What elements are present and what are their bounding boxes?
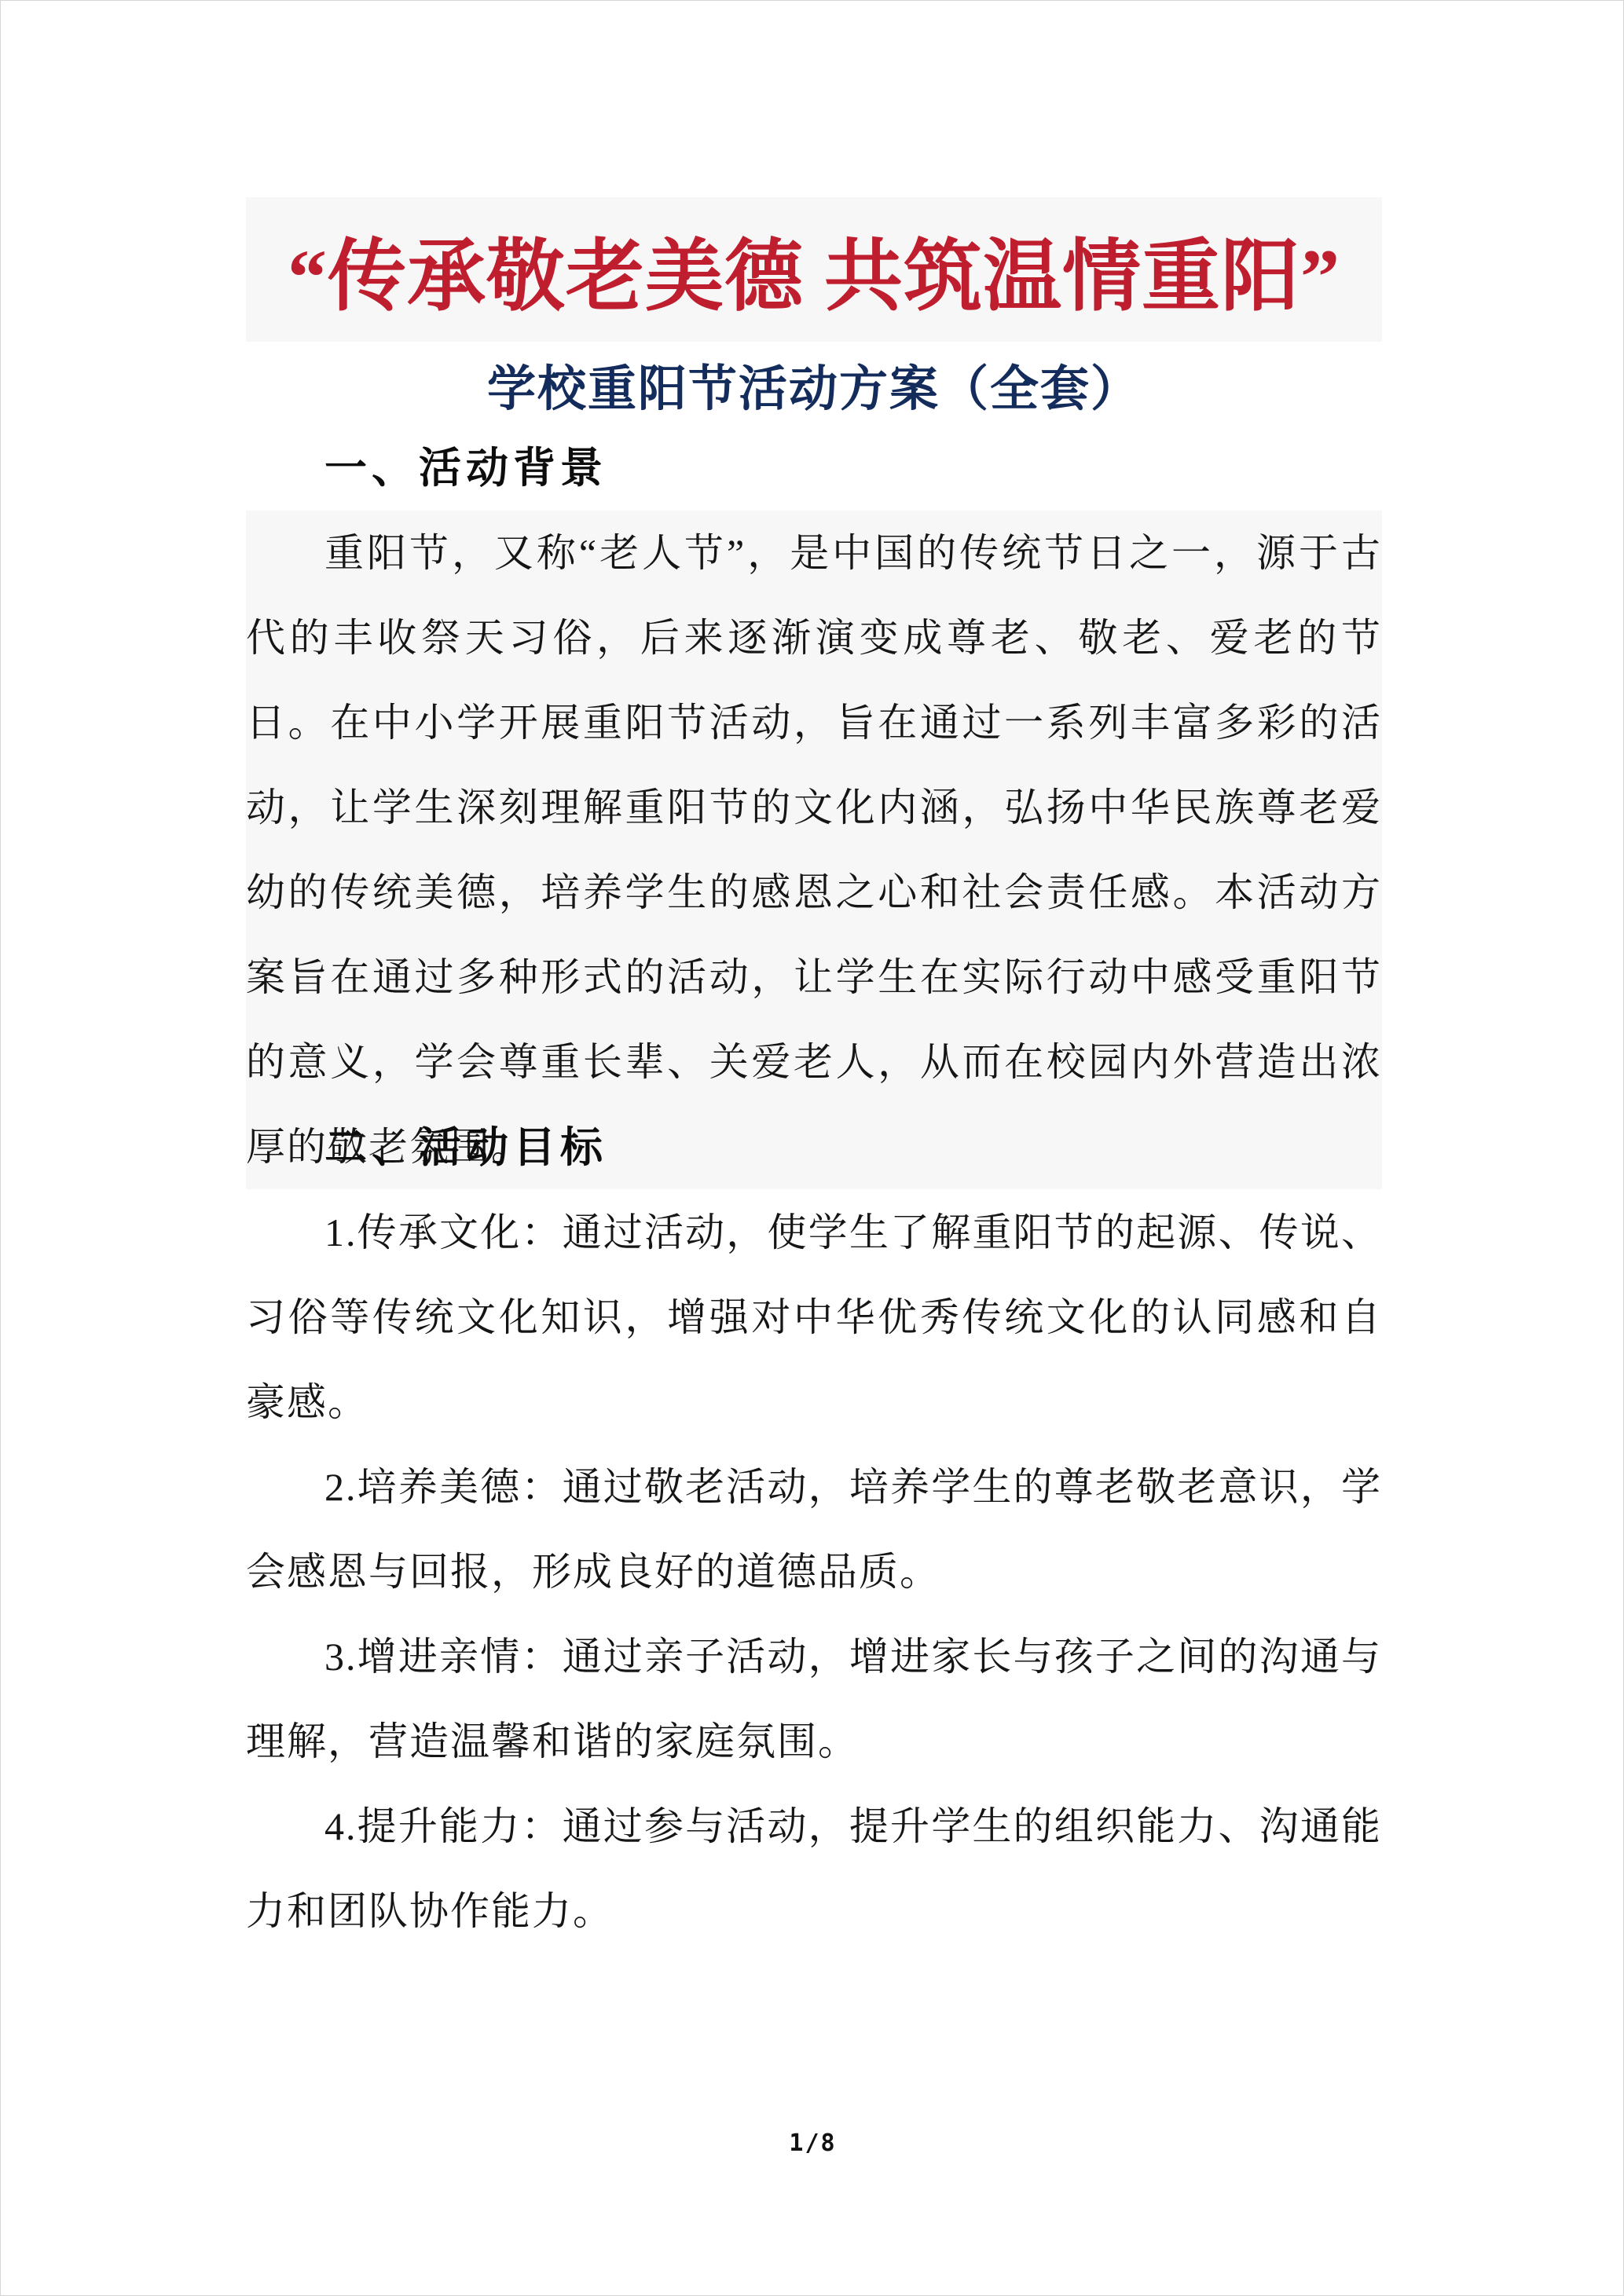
section-heading-background: 一、活动背景 [324,441,607,496]
goals-list: 1.传承文化：通过活动，使学生了解重阳节的起源、传说、习俗等传统文化知识，增强对… [246,1190,1382,1954]
document-title: “传承敬老美德 共筑温情重阳” [288,213,1340,326]
goal-item-2: 2.培养美德：通过敬老活动，培养学生的尊老敬老意识，学会感恩与回报，形成良好的道… [246,1445,1382,1614]
goal-item-4: 4.提升能力：通过参与活动，提升学生的组织能力、沟通能力和团队协作能力。 [246,1784,1382,1954]
paragraph-activity-background: 重阳节，又称“老人节”，是中国的传统节日之一，源于古代的丰收祭天习俗，后来逐渐演… [246,511,1382,1189]
document-subtitle: 学校重阳节活动方案（全套） [246,346,1382,422]
document-page: “传承敬老美德 共筑温情重阳” 学校重阳节活动方案（全套） 一、活动背景 重阳节… [0,0,1624,2296]
title-shading-block: “传承敬老美德 共筑温情重阳” [246,197,1382,342]
goal-item-3: 3.增进亲情：通过亲子活动，增进家长与孩子之间的沟通与理解，营造温馨和谐的家庭氛… [246,1614,1382,1784]
page-number: 1/8 [1,2126,1624,2161]
goal-item-1: 1.传承文化：通过活动，使学生了解重阳节的起源、传说、习俗等传统文化知识，增强对… [246,1190,1382,1445]
section-heading-goals: 二、活动目标 [324,1120,607,1175]
